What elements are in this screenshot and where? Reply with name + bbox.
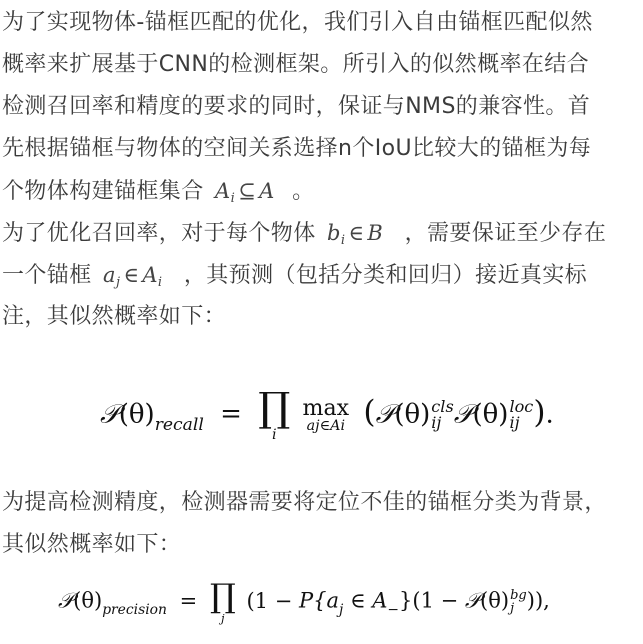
paragraph-3: 为提高检测精度，检测器需要将定位不佳的锚框分类为背景， 其似然概率如下：: [2, 482, 642, 566]
inline-math-anchor-subset: Ai⊆A: [211, 179, 279, 203]
paragraph-2-line-2: 一个锚框 aj∈Ai ，其预测（包括分类和回归）接近真实标: [2, 254, 642, 296]
paragraph-1: 为了实现物体-锚框匹配的优化，我们引入自由锚框匹配似然 概率来扩展基于CNN的检…: [2, 2, 642, 212]
paragraph-1-line-5: 个物体构建锚框集合 Ai⊆A 。: [2, 170, 642, 212]
product-operator: ∏ i: [258, 388, 290, 443]
paragraph-3-line-2: 其似然概率如下：: [2, 524, 642, 566]
max-operator: max aj∈Ai: [303, 397, 350, 433]
inline-math-object-in-set: bi∈B: [323, 221, 387, 245]
paragraph-3-line-1: 为提高检测精度，检测器需要将定位不佳的锚框分类为背景，: [2, 482, 642, 524]
paragraph-1-line-5-text: 个物体构建锚框集合: [2, 179, 204, 204]
paragraph-1-line-4: 先根据锚框与物体的空间关系选择n个IoU比较大的锚框为每: [2, 128, 642, 170]
product-operator: ∏ j: [210, 580, 236, 624]
paragraph-2-line-3: 注，其似然概率如下：: [2, 296, 642, 338]
formula-recall: 𝒫(θ)recall = ∏ i max aj∈Ai (𝒫(θ)clsij𝒫(θ…: [100, 388, 554, 468]
inline-math-anchor-in-set: aj∈Ai: [99, 263, 166, 287]
sentence-end: 。: [286, 179, 314, 204]
paragraph-1-line-3: 检测召回率和精度的要求的同时，保证与NMS的兼容性。首: [2, 86, 642, 128]
paragraph-1-line-1: 为了实现物体-锚框匹配的优化，我们引入自由锚框匹配似然: [2, 2, 642, 44]
paragraph-1-line-2: 概率来扩展基于CNN的检测框架。所引入的似然概率在结合: [2, 44, 642, 86]
formula-precision: 𝒫(θ)precision = ∏ j (1 − P{aj ∈ A−}(1 − …: [58, 580, 550, 644]
paragraph-2-line-1: 为了优化召回率，对于每个物体 bi∈B ，需要保证至少存在: [2, 212, 642, 254]
paragraph-2: 为了优化召回率，对于每个物体 bi∈B ，需要保证至少存在 一个锚框 aj∈Ai…: [2, 212, 642, 338]
